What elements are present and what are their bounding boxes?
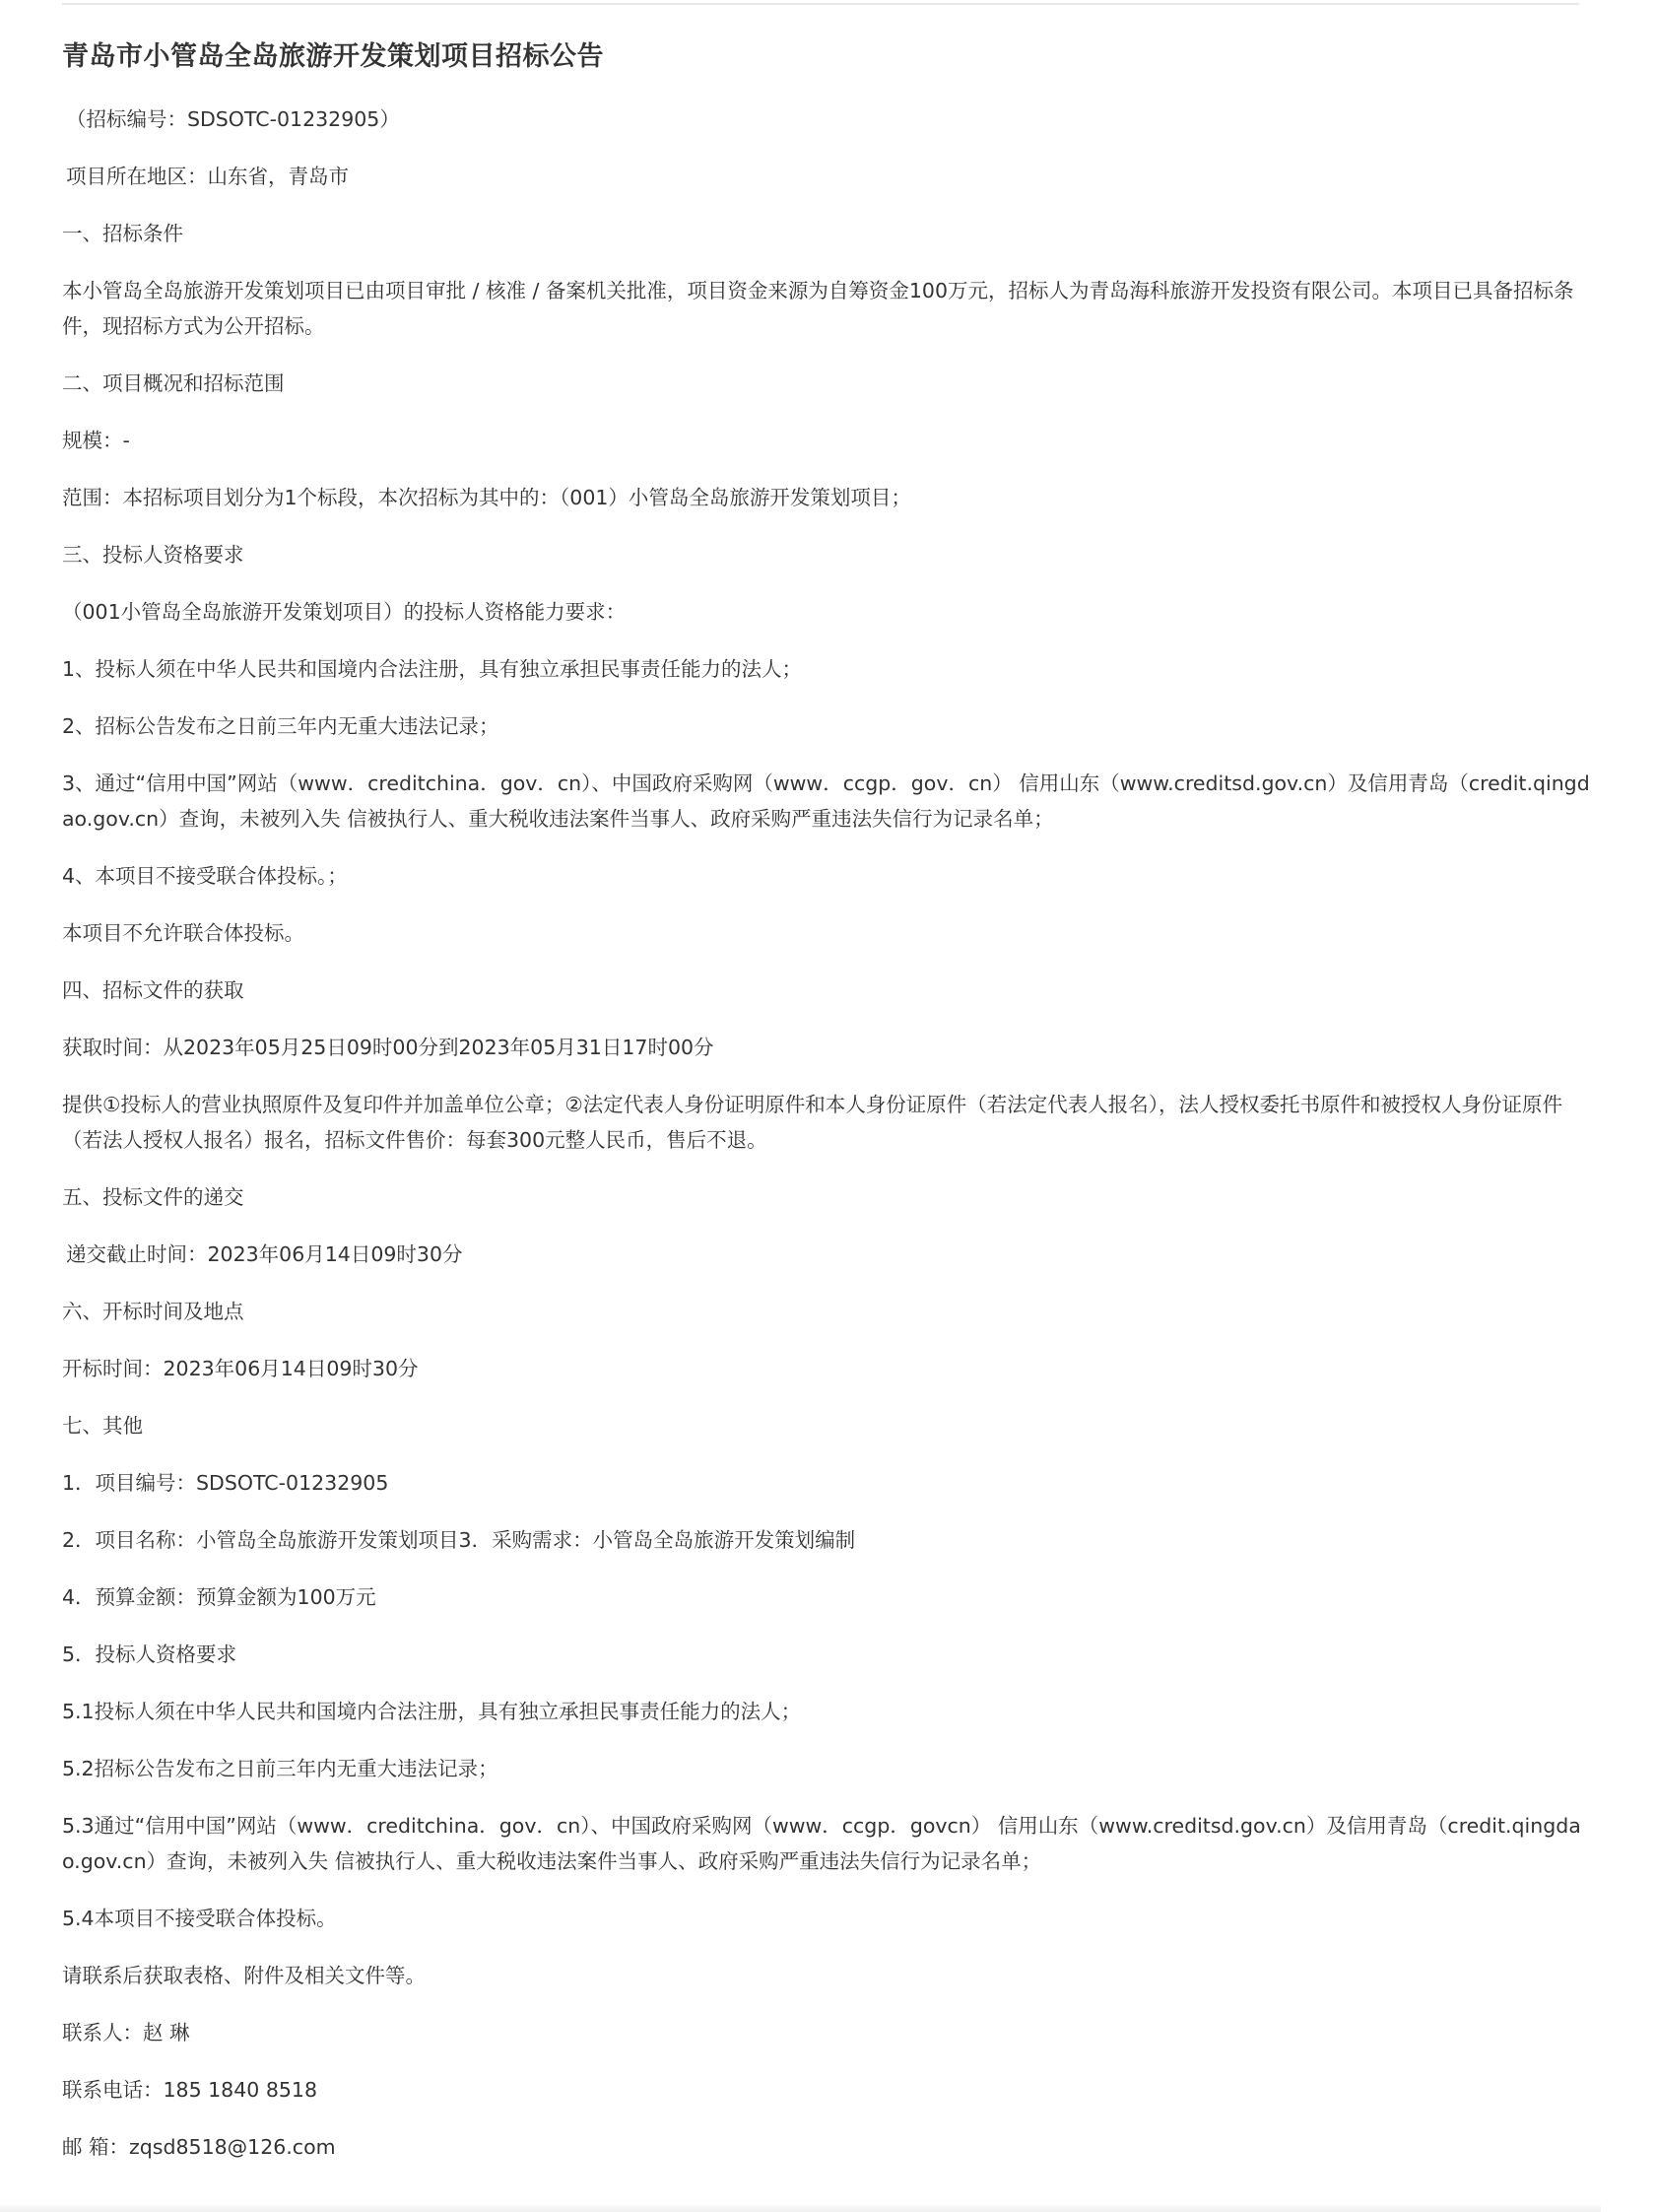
other-item: 5.1投标人须在中华人民共和国境内合法注册，具有独立承担民事责任能力的法人； [62, 1694, 1599, 1729]
top-divider [62, 3, 1579, 5]
submission-deadline: 递交截止时间：2023年06月14日09时30分 [62, 1237, 1599, 1272]
section-heading-submission: 五、投标文件的递交 [62, 1179, 1599, 1215]
other-item: 5.4本项目不接受联合体投标。 [62, 1901, 1599, 1936]
section-heading-qualifications: 三、投标人资格要求 [62, 537, 1599, 572]
qualification-item: 4、本项目不接受联合体投标。； [62, 858, 1599, 894]
other-item: 5.3通过“信用中国”网站（www．creditchina．gov．cn）、中国… [62, 1808, 1599, 1879]
qualification-item: 2、招标公告发布之日前三年内无重大违法记录； [62, 708, 1599, 744]
documents-time: 获取时间：从2023年05月25日09时00分到2023年05月31日17时00… [62, 1030, 1599, 1065]
section-heading-conditions: 一、招标条件 [62, 216, 1599, 251]
other-item: 2．项目名称：小管岛全岛旅游开发策划项目3．采购需求：小管岛全岛旅游开发策划编制 [62, 1522, 1599, 1558]
contact-email: 邮 箱：zqsd8518@126.com [62, 2129, 1599, 2165]
other-item: 5．投标人资格要求 [62, 1637, 1599, 1672]
overview-scale: 规模：- [62, 423, 1599, 458]
other-item: 1．项目编号：SDSOTC-01232905 [62, 1465, 1599, 1501]
bottom-divider [0, 2205, 1601, 2212]
conditions-body: 本小管岛全岛旅游开发策划项目已由项目审批 / 核准 / 备案机关批准，项目资金来… [62, 273, 1599, 344]
consortium-note: 本项目不允许联合体投标。 [62, 915, 1599, 951]
announcement-article: 青岛市小管岛全岛旅游开发策划项目招标公告 （招标编号：SDSOTC-012329… [62, 37, 1599, 2186]
overview-scope: 范围：本招标项目划分为1个标段，本次招标为其中的：（001）小管岛全岛旅游开发策… [62, 480, 1599, 515]
contact-phone: 联系电话：185 1840 8518 [62, 2072, 1599, 2108]
other-item: 4．预算金额：预算金额为100万元 [62, 1579, 1599, 1615]
contact-note: 请联系后获取表格、附件及相关文件等。 [62, 1958, 1599, 1993]
section-heading-documents: 四、招标文件的获取 [62, 972, 1599, 1008]
tender-number: （招标编号：SDSOTC-01232905） [62, 101, 1599, 137]
qualifications-intro: （001小管岛全岛旅游开发策划项目）的投标人资格能力要求： [62, 594, 1599, 630]
section-heading-other: 七、其他 [62, 1408, 1599, 1443]
section-heading-opening: 六、开标时间及地点 [62, 1294, 1599, 1329]
contact-person: 联系人：赵 琳 [62, 2015, 1599, 2050]
project-location: 项目所在地区：山东省，青岛市 [62, 159, 1599, 194]
other-item: 5.2招标公告发布之日前三年内无重大违法记录； [62, 1751, 1599, 1786]
announcement-body: （招标编号：SDSOTC-01232905） 项目所在地区：山东省，青岛市 一、… [62, 101, 1599, 2165]
section-heading-overview: 二、项目概况和招标范围 [62, 366, 1599, 401]
qualification-item: 3、通过“信用中国”网站（www．creditchina．gov．cn）、中国政… [62, 766, 1599, 837]
opening-time: 开标时间：2023年06月14日09时30分 [62, 1351, 1599, 1386]
documents-body: 提供①投标人的营业执照原件及复印件并加盖单位公章；②法定代表人身份证明原件和本人… [62, 1087, 1599, 1158]
qualification-item: 1、投标人须在中华人民共和国境内合法注册，具有独立承担民事责任能力的法人； [62, 651, 1599, 687]
page-title: 青岛市小管岛全岛旅游开发策划项目招标公告 [62, 37, 1599, 77]
